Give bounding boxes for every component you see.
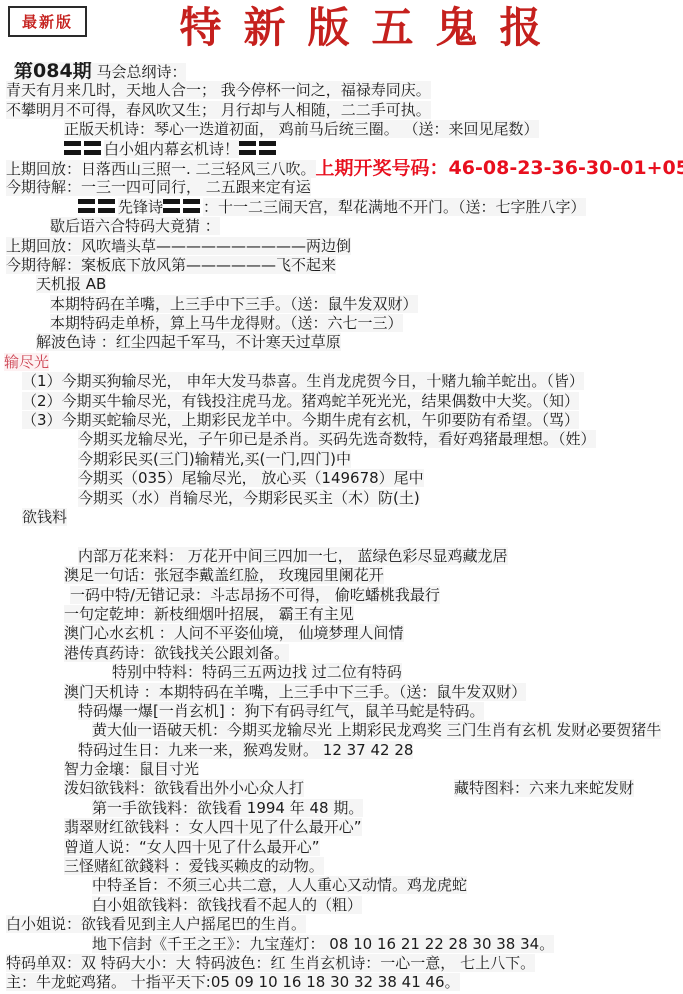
text-span: 澳足一句话：张冠李戴盖红脸， 玫瑰园里阑花开 (64, 566, 384, 584)
text-span: （2）今期买牛输尽光，有钱投注虎马龙。猪鸡蛇羊死光光，结果偶数中大奖。（知） (22, 392, 579, 410)
double-bar-icon (239, 141, 256, 155)
text-span: 今期待解：一三一四可同行， 二五跟来定有运 (6, 178, 311, 196)
report-line: 第一手欲钱料：欲钱看 1994 年 48 期。 (0, 799, 683, 818)
text-span: 马会总纲诗： (92, 63, 187, 81)
text-span: 今期买（水）肖输尽光，今期彩民买主（木）防(土) (78, 489, 420, 507)
report-line: 澳足一句话：张冠李戴盖红脸， 玫瑰园里阑花开 (0, 566, 683, 585)
report-line: 歇后语六合特码大竟猜 ： (0, 217, 683, 236)
report-line: 主：牛龙蛇鸡猪。 十指平天下:05 09 10 16 18 30 32 38 4… (0, 973, 683, 992)
report-line: 解波色诗 ：红尘四起千军马，不计寒天过草原 (0, 333, 683, 352)
text-span: 澳门心水玄机 ：人问不平姿仙境， 仙境梦理人间情 (64, 624, 404, 642)
text-span: 不攀明月不可得，春风吹又生； 月行却与人相随，二二手可执。 (6, 101, 431, 119)
report-line: 欲钱料 (0, 508, 683, 527)
report-line: 天机报 AB (0, 275, 683, 294)
report-line: 本期特码在羊嘴，上三手中下三手。（送：鼠牛发双财） (0, 295, 683, 314)
report-line: 三怪赌紅欲錢料 ：爱钱买赖皮的动物。 (0, 857, 683, 876)
text-span: 中特圣旨：不须三心共二意，人人重心又动情。鸡龙虎蛇 (92, 876, 467, 894)
double-bar-icon (98, 199, 115, 213)
double-bar-icon (183, 199, 200, 213)
report-line: 输尽光 (0, 353, 683, 372)
winning-numbers: 上期开奖号码：46-08-23-36-30-01+05 (316, 159, 683, 178)
report-page: 最新版 特新版五鬼报 第084期 马会总纲诗：青天有月来几时，天地人合一； 我今… (0, 0, 683, 994)
report-line: （2）今期买牛输尽光，有钱投注虎马龙。猪鸡蛇羊死光光，结果偶数中大奖。（知） (0, 392, 683, 411)
report-line: 今期待解：一三一四可同行， 二五跟来定有运 (0, 178, 683, 197)
text-span: 天机报 AB (36, 275, 106, 293)
birthday-numbers: 12 37 42 28 (318, 741, 413, 759)
text-span: 正版天机诗：琴心一迭道初面， 鸡前马后统三圈。 （送：来回见尾数） (64, 120, 539, 138)
text-span: 今期买（035）尾输尽光， 放心买（149678）尾中 (78, 469, 424, 487)
text-span: 泼妇欲钱料：欲钱看出外小心众人打 (64, 779, 304, 797)
report-line: 特码爆一爆[一肖玄机] ：狗下有码寻红气，鼠羊马蛇是特码。 (0, 702, 683, 721)
report-line: 上期回放：风吹墙头草——————————两边倒 (0, 237, 683, 256)
text-span: 本期特码在羊嘴，上三手中下三手。（送：鼠牛发双财） (50, 295, 418, 313)
text-span: 白小姐说：欲钱看见到主人户摇尾巴的生肖。 (6, 915, 306, 933)
double-bar-icon (163, 199, 180, 213)
report-line: 智力金壤：鼠目寸光 (0, 760, 683, 779)
text-span: 特码过生日：九来一来，猴鸡发财。 (78, 741, 318, 759)
report-line: 一句定乾坤：新枝细烟叶招展， 霸王有主见 (0, 605, 683, 624)
report-line: 地下信封《千王之王》：九宝莲灯： 08 10 16 21 22 28 30 38… (0, 935, 683, 954)
report-line: 青天有月来几时，天地人合一； 我今停杯一问之，福禄寿同庆。 (0, 81, 683, 100)
report-line: 正版天机诗：琴心一迭道初面， 鸡前马后统三圈。 （送：来回见尾数） (0, 120, 683, 139)
text-span: 三怪赌紅欲錢料 ：爱钱买赖皮的动物。 (64, 857, 324, 875)
report-line (0, 527, 683, 546)
text-span: （1）今期买狗输尽光， 申年大发马恭喜。生肖龙虎贺今日，十赌九输羊蛇出。（皆） (22, 372, 584, 390)
text-span: 先锋诗 (118, 198, 163, 216)
main-numbers: 主：牛龙蛇鸡猪。 十指平天下:05 09 10 16 18 30 32 38 4… (6, 973, 460, 991)
report-line: 澳门心水玄机 ：人问不平姿仙境， 仙境梦理人间情 (0, 624, 683, 643)
text-span: 青天有月来几时，天地人合一； 我今停杯一问之，福禄寿同庆。 (6, 81, 431, 99)
text-span: 一句定乾坤：新枝细烟叶招展， 霸王有主见 (64, 605, 354, 623)
report-line: 今期买龙输尽光，子午卯已是杀肖。买码先选奇数特，看好鸡猪最理想。（姓） (0, 430, 683, 449)
prediction-summary: 特码单双：双 特码大小：大 特码波色：红 生肖玄机诗：一心一意， 七上八下。 (6, 954, 535, 972)
report-line: 特码过生日：九来一来，猴鸡发财。 12 37 42 28 (0, 741, 683, 760)
report-line: 今期买（035）尾输尽光， 放心买（149678）尾中 (0, 469, 683, 488)
text-span: 本期特码走单桥，算上马牛龙得财。（送：六七一三） (50, 314, 403, 332)
report-line: 港传真药诗：欲钱找关公跟刘备。 (0, 644, 683, 663)
report-line: 翡翠财红欲钱料 ：女人四十见了什么最开心” (0, 818, 683, 837)
report-line: 白小姐内幕玄机诗！ (0, 140, 683, 159)
report-header: 最新版 特新版五鬼报 (0, 0, 683, 58)
text-span: 澳门天机诗 ：本期特码在羊嘴，上三手中下三手。（送：鼠牛发双财） (64, 683, 526, 701)
double-bar-icon (259, 141, 276, 155)
double-bar-icon (84, 141, 101, 155)
text-span: 港传真药诗：欲钱找关公跟刘备。 (64, 644, 289, 662)
double-bar-icon (64, 141, 81, 155)
text-span: 歇后语六合特码大竟猜 ： (50, 217, 220, 235)
text-span: 黄大仙一语破天机：今期买龙输尽光 上期彩民龙鸡奖 三门生肖有玄机 发财必要贺猪牛 (92, 721, 661, 739)
report-line: 今期彩民买(三门)输精光,买(一门,四门)中 (0, 450, 683, 469)
text-span: 特码爆一爆[一肖玄机] ：狗下有码寻红气，鼠羊马蛇是特码。 (78, 702, 484, 720)
report-line: 白小姐说：欲钱看见到主人户摇尾巴的生肖。 (0, 915, 683, 934)
report-line: 特别中特料：特码三五两边找 过二位有特码 (0, 663, 683, 682)
report-line: （1）今期买狗输尽光， 申年大发马恭喜。生肖龙虎贺今日，十赌九输羊蛇出。（皆） (0, 372, 683, 391)
report-line: （3）今期买蛇输尽光，上期彩民龙羊中。今期牛虎有玄机，午卯要防有希望。（骂） (0, 411, 683, 430)
text-span: 一码中特/无错记录：斗志昂扬不可得， 偷吃蟠桃我最行 (70, 586, 440, 604)
section-title-shujinguang: 输尽光 (4, 353, 49, 371)
text-span: 特别中特料：特码三五两边找 过二位有特码 (112, 663, 402, 681)
text-span: 上期回放：日落西山三照一. 二三轻风三八吹。 (6, 160, 316, 178)
section-title-yuqianliao: 欲钱料 (22, 508, 67, 526)
report-line: 泼妇欲钱料：欲钱看出外小心众人打藏特图料：六来九来蛇发财 (0, 779, 683, 798)
text-span: 白小姐欲钱料：欲钱找看不起人的（粗） (92, 896, 362, 914)
report-line: 本期特码走单桥，算上马牛龙得财。（送：六七一三） (0, 314, 683, 333)
report-line: 黄大仙一语破天机：今期买龙输尽光 上期彩民龙鸡奖 三门生肖有玄机 发财必要贺猪牛 (0, 721, 683, 740)
report-line: 今期待解：案板底下放风第——————飞不起来 (0, 256, 683, 275)
report-line: 第084期 马会总纲诗： (0, 62, 683, 81)
report-body: 第084期 马会总纲诗：青天有月来几时，天地人合一； 我今停杯一问之，福禄寿同庆… (0, 58, 683, 993)
text-span: 藏特图料：六来九来蛇发财 (454, 779, 634, 797)
report-line: 内部万花来料： 万花开中间三四加一七， 蓝绿色彩尽显鸡藏龙居 (0, 547, 683, 566)
envelope-numbers: 地下信封《千王之王》：九宝莲灯： 08 10 16 21 22 28 30 38… (92, 935, 554, 953)
edition-badge: 最新版 (8, 6, 87, 37)
text-span: 今期买龙输尽光，子午卯已是杀肖。买码先选奇数特，看好鸡猪最理想。（姓） (78, 430, 596, 448)
report-line: 不攀明月不可得，春风吹又生； 月行却与人相随，二二手可执。 (0, 101, 683, 120)
text-span: 今期待解：案板底下放风第——————飞不起来 (6, 256, 336, 274)
report-line: 上期回放：日落西山三照一. 二三轻风三八吹。上期开奖号码：46-08-23-36… (0, 159, 683, 178)
page-title: 特新版五鬼报 (0, 0, 683, 56)
report-line: 一码中特/无错记录：斗志昂扬不可得， 偷吃蟠桃我最行 (0, 586, 683, 605)
text-span: 智力金壤：鼠目寸光 (64, 760, 199, 778)
text-span: 白小姐内幕玄机诗！ (104, 140, 239, 158)
report-line: 中特圣旨：不须三心共二意，人人重心又动情。鸡龙虎蛇 (0, 876, 683, 895)
report-line: 澳门天机诗 ：本期特码在羊嘴，上三手中下三手。（送：鼠牛发双财） (0, 683, 683, 702)
text-span: 解波色诗 ：红尘四起千军马，不计寒天过草原 (36, 333, 341, 351)
text-span: ：十一二三闹天宫，犁花满地不开门。（送：七字胜八字） (203, 198, 586, 216)
report-line: 白小姐欲钱料：欲钱找看不起人的（粗） (0, 896, 683, 915)
issue-number: 第084期 (14, 62, 92, 81)
text-span: 第一手欲钱料：欲钱看 1994 年 48 期。 (92, 799, 363, 817)
report-line: 特码单双：双 特码大小：大 特码波色：红 生肖玄机诗：一心一意， 七上八下。 (0, 954, 683, 973)
report-line: 今期买（水）肖输尽光，今期彩民买主（木）防(土) (0, 489, 683, 508)
text-span: 曾道人说：“女人四十见了什么最开心” (64, 838, 320, 856)
text-span: 内部万花来料： 万花开中间三四加一七， 蓝绿色彩尽显鸡藏龙居 (78, 547, 508, 565)
report-line: 曾道人说：“女人四十见了什么最开心” (0, 838, 683, 857)
text-span: 今期彩民买(三门)输精光,买(一门,四门)中 (78, 450, 351, 468)
report-line: 先锋诗：十一二三闹天宫，犁花满地不开门。（送：七字胜八字） (0, 198, 683, 217)
text-span: （3）今期买蛇输尽光，上期彩民龙羊中。今期牛虎有玄机，午卯要防有希望。（骂） (22, 411, 579, 429)
double-bar-icon (78, 199, 95, 213)
text-span: 上期回放：风吹墙头草——————————两边倒 (6, 237, 351, 255)
text-span: 翡翠财红欲钱料 ：女人四十见了什么最开心” (64, 818, 362, 836)
